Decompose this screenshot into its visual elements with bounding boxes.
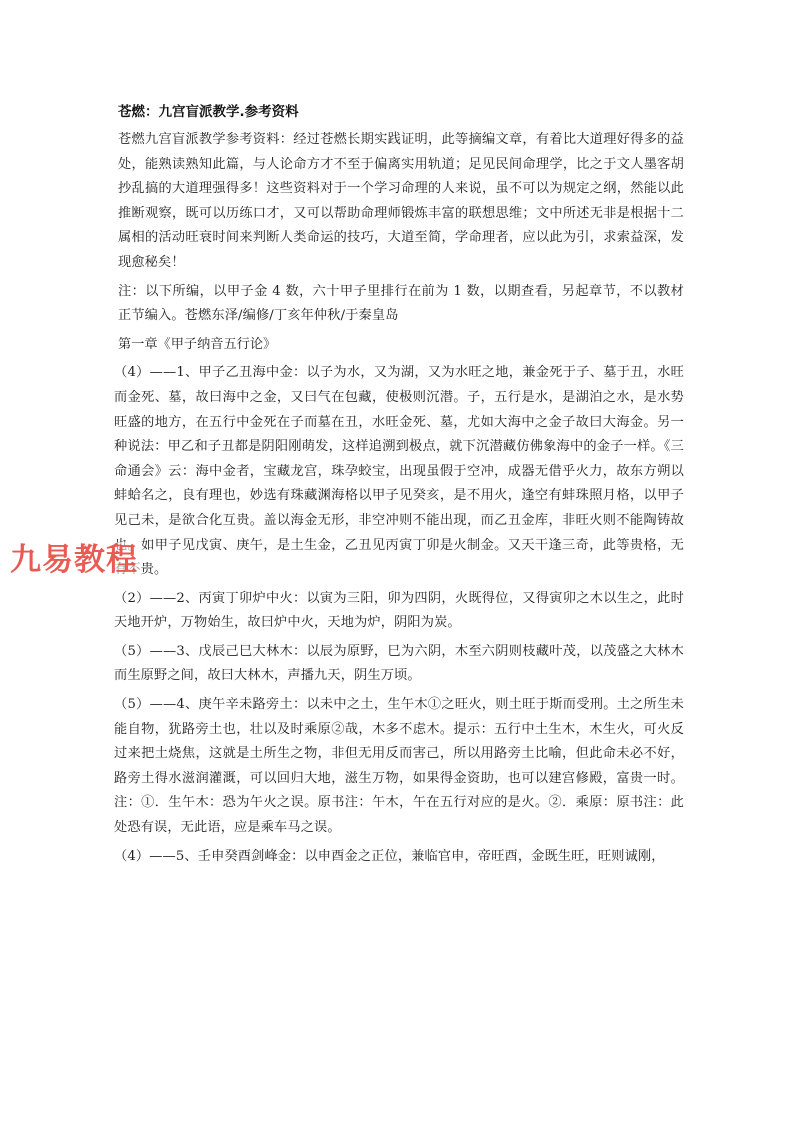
entry-paragraph-5: （4）——5、壬申癸酉剑峰金：以申酉金之正位，兼临官申，帝旺酉，金既生旺，旺则诚… — [114, 845, 684, 870]
watermark-logo: 九易教程 — [8, 542, 140, 578]
entry-paragraph-4: （5）——4、庚午辛未路旁土：以未中之土，生午木①之旺火，则土旺于斯而受刑。土之… — [114, 693, 684, 841]
entry-paragraph-2: （2）——2、丙寅丁卯炉中火：以寅为三阳，卯为四阴，火既得位，又得寅卯之木以生之… — [114, 587, 684, 636]
entry-paragraph-3: （5）——3、戊辰己巳大林木：以辰为原野，巳为六阴，木至六阴则枝藏叶茂，以茂盛之… — [114, 640, 684, 689]
note-paragraph: 注：以下所编，以甲子金 4 数，六十甲子里排行在前为 1 数，以期查看，另起章节… — [118, 280, 684, 329]
chapter-title: 第一章《甲子纳音五行论》 — [118, 333, 684, 358]
document-title: 苍燃：九宫盲派教学.参考资料 — [118, 100, 684, 124]
intro-paragraph: 苍燃九宫盲派教学参考资料：经过苍燃长期实践证明，此等摘编文章，有着比大道理好得多… — [118, 128, 684, 276]
entry-paragraph-1: （4）——1、甲子乙丑海中金：以子为水，又为湖，又为水旺之地，兼金死于子、墓于丑… — [114, 361, 684, 582]
document-page: 苍燃：九宫盲派教学.参考资料 苍燃九宫盲派教学参考资料：经过苍燃长期实践证明，此… — [118, 100, 684, 873]
